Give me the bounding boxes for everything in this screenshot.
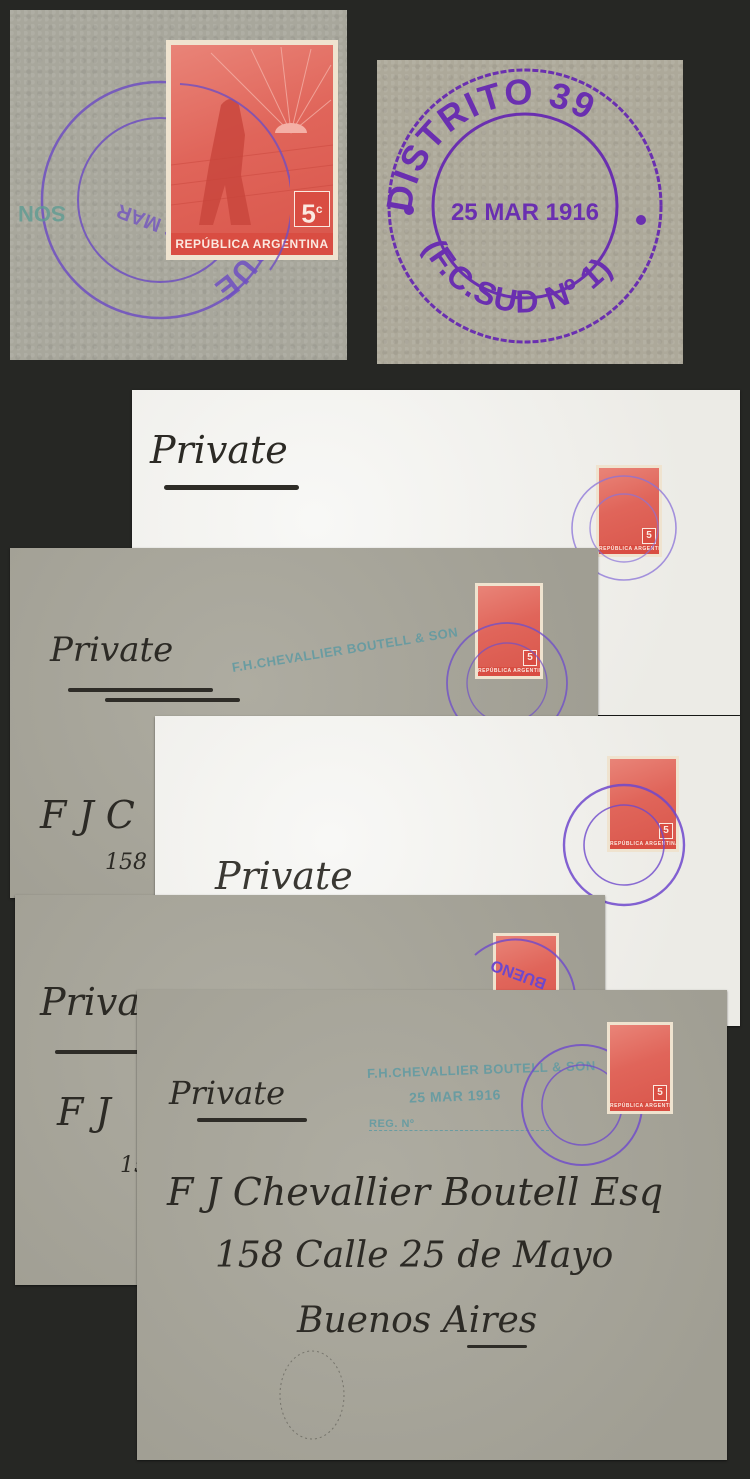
address-line-1: F J C bbox=[40, 793, 135, 837]
registration-line: REG. Nº bbox=[369, 1118, 549, 1131]
private-annotation: Priva bbox=[40, 980, 140, 1024]
stamp-closeup-inset: BUE RES 6 MAR SON 5c bbox=[10, 10, 347, 360]
stamp-country-label: REPÚBLICA ARGENTINA bbox=[171, 233, 333, 255]
annotation-underline bbox=[197, 1118, 307, 1122]
svg-text:DISTRITO 39: DISTRITO 39 bbox=[378, 71, 603, 215]
cover-1-stamp: 5 REPÚBLICA ARGENTINA bbox=[596, 465, 662, 557]
private-annotation: Private bbox=[169, 1074, 285, 1112]
annotation-underline bbox=[68, 688, 213, 692]
postmark-distrito-39: DISTRITO 39 (F.C.SUD Nº 1) 25 MAR 1916 bbox=[377, 60, 683, 364]
firm-handstamp: F.H.CHEVALLIER BOUTELL & SON bbox=[231, 624, 459, 675]
firm-handstamp: F.H.CHEVALLIER BOUTELL & SON bbox=[367, 1058, 596, 1081]
address-line-2: 158 Calle 25 de Mayo bbox=[215, 1235, 613, 1276]
firm-handstamp-date: 25 MAR 1916 bbox=[409, 1086, 501, 1105]
cover-5-faint-backstamp bbox=[272, 1345, 352, 1445]
private-annotation: Private bbox=[150, 428, 288, 472]
svg-text:(F.C.SUD Nº 1): (F.C.SUD Nº 1) bbox=[417, 233, 619, 319]
address-line-3: Buenos Aires bbox=[297, 1300, 537, 1341]
address-line-1: F J Chevallier Boutell Esq bbox=[167, 1170, 663, 1214]
stamp-value: 5c bbox=[294, 191, 330, 227]
private-annotation: Private bbox=[215, 854, 353, 898]
stamp-5c: 5c REPÚBLICA ARGENTINA bbox=[166, 40, 338, 260]
annotation-underline bbox=[164, 485, 299, 490]
stamp-face: 5c REPÚBLICA ARGENTINA bbox=[171, 45, 333, 255]
private-annotation: Private bbox=[50, 630, 173, 670]
postmark-date: 25 MAR 1916 bbox=[451, 199, 599, 226]
cover-5-stamp: 5 REPÚBLICA ARGENTINA bbox=[607, 1022, 673, 1114]
cover-3-stamp: 5 REPÚBLICA ARGENTINA bbox=[607, 756, 679, 852]
cover-5: Private F.H.CHEVALLIER BOUTELL & SON 25 … bbox=[137, 990, 727, 1460]
annotation-underline-2 bbox=[105, 698, 240, 702]
address-line-2: 158 bbox=[105, 850, 147, 875]
cover-2-stamp: 5 REPÚBLICA ARGENTINA bbox=[475, 583, 543, 679]
side-mark: SON bbox=[18, 200, 66, 226]
address-flourish bbox=[467, 1345, 527, 1348]
postmark-closeup-inset: DISTRITO 39 (F.C.SUD Nº 1) 25 MAR 1916 bbox=[377, 60, 683, 364]
address-line-1: F J bbox=[57, 1090, 111, 1134]
